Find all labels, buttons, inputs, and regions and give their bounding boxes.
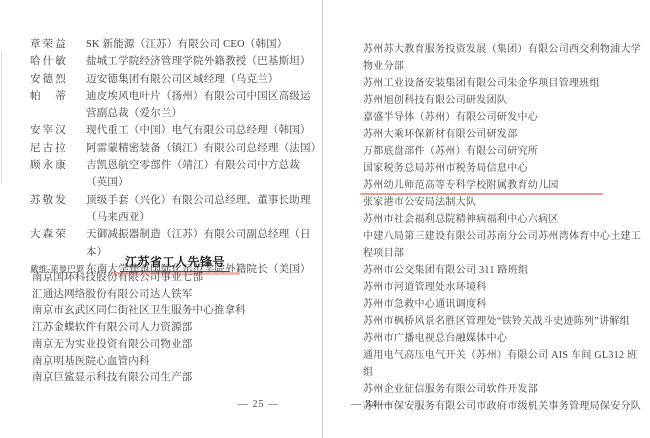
right-award-list: 苏州苏大教育服务投资发展（集团）有限公司西交利物浦大学物业分部苏州工业设备安装集… xyxy=(363,41,643,415)
award-list-item: 苏州企业征信服务有限公司软件开发部 xyxy=(363,381,643,398)
award-list-item: 南京国环科技股份有限公司事业七部 xyxy=(32,270,317,287)
foreign-experts-list: 章荣益SK 新能源（江苏）有限公司 CEO（韩国）哈什敏盐城工学院经济管理学院外… xyxy=(30,36,320,278)
scan-edge-artifact xyxy=(1,52,2,184)
award-list-item: 南京明基医院心血管内科 xyxy=(32,354,317,371)
expert-row: 帕蒂迪皮埃风电叶片（扬州）有限公司中国区高级运营副总裁（爱尔兰） xyxy=(30,88,320,123)
expert-name: 帕蒂 xyxy=(30,88,66,123)
expert-name: 安宰汉 xyxy=(30,122,66,139)
expert-row: 哈什敏盐城工学院经济管理学院外籍教授（巴基斯坦） xyxy=(30,53,320,70)
award-list-item: 南京无为实业投资有限公司物业部 xyxy=(32,337,317,354)
award-list-item: 苏州市枫桥风景名胜区管理处“铁铃关战斗史迹陈列”讲解组 xyxy=(363,313,643,330)
expert-organization: 迈安德集团有限公司区域经理（乌克兰） xyxy=(86,71,320,88)
page-number-right: — 34 — xyxy=(351,399,392,410)
award-list-item: 苏州市河道管理处水环境科 xyxy=(363,279,643,296)
expert-name: 尼古拉 xyxy=(30,140,66,157)
award-list-item: 通用电气高压电气开关（苏州）有限公司 AIS 车间 GL312 班组 xyxy=(363,347,643,381)
award-list-item: 苏州市广播电视总台融媒体中心 xyxy=(363,330,643,347)
award-list-item: 苏州大乘环保新材有限公司研发部 xyxy=(363,126,643,143)
award-list-item: 万都底盘部件（苏州）有限公司研究所 xyxy=(363,143,643,160)
award-list-item: 张家港市公安局法制大队 xyxy=(363,194,643,211)
award-list-item: 苏州市急救中心通讯调度科 xyxy=(363,296,643,313)
expert-name: 苏敬发 xyxy=(30,192,66,227)
award-list-item: 中建八局第三建设有限公司苏南分公司苏州湾体育中心土建工程项目部 xyxy=(363,228,643,262)
expert-row: 安宰汉现代重工（中国）电气有限公司总经理（韩国） xyxy=(30,122,320,139)
page-divider-line xyxy=(322,0,323,438)
expert-organization: 现代重工（中国）电气有限公司总经理（韩国） xyxy=(86,122,320,139)
expert-organization: SK 新能源（江苏）有限公司 CEO（韩国） xyxy=(86,36,320,53)
award-list-item: 嘉盛半导体（苏州）有限公司研发中心 xyxy=(363,109,643,126)
expert-row: 章荣益SK 新能源（江苏）有限公司 CEO（韩国） xyxy=(30,36,320,53)
expert-organization: 顶级手套（兴化）有限公司总经理、董事长助理（马来西亚） xyxy=(86,192,320,227)
expert-row: 尼古拉阿雷蒙精密装备（镇江）有限公司总经理（法国） xyxy=(30,140,320,157)
award-list-item: 苏州市社会福利总院精神病福利中心六病区 xyxy=(363,211,643,228)
award-list-item: 国家税务总局苏州市税务局信息中心 xyxy=(363,160,643,177)
expert-row: 顾永康吉凯恩航空零部件（靖江）有限公司中方总裁（英国） xyxy=(30,157,320,192)
expert-name: 哈什敏 xyxy=(30,53,66,70)
award-list-item: 南京市玄武区同仁街社区卫生服务中心推拿科 xyxy=(32,303,317,320)
expert-name: 顾永康 xyxy=(30,157,66,192)
expert-row: 安德烈迈安德集团有限公司区域经理（乌克兰） xyxy=(30,71,320,88)
expert-name: 安德烈 xyxy=(30,71,66,88)
award-list-item: 江苏金蝶软件有限公司人力资源部 xyxy=(32,320,317,337)
expert-organization: 盐城工学院经济管理学院外籍教授（巴基斯坦） xyxy=(86,53,320,70)
scanned-document: 章荣益SK 新能源（江苏）有限公司 CEO（韩国）哈什敏盐城工学院经济管理学院外… xyxy=(0,0,650,438)
expert-name: 章荣益 xyxy=(30,36,66,53)
page-number-left: — 25 — xyxy=(238,399,279,410)
award-list-item: 苏州市保安服务有限公司市政府市级机关事务管理局保安分队 xyxy=(363,398,643,415)
expert-row: 苏敬发顶级手套（兴化）有限公司总经理、董事长助理（马来西亚） xyxy=(30,192,320,227)
award-list-item: 苏州苏大教育服务投资发展（集团）有限公司西交利物浦大学物业分部 xyxy=(363,41,643,75)
award-list-item: 苏州市公交集团有限公司 311 路班组 xyxy=(363,262,643,279)
award-list-item: 汇通达网络股份有限公司达人铁军 xyxy=(32,287,317,304)
award-list-item: 苏州工业设备安装集团有限公司朱金华项目管理班组 xyxy=(363,75,643,92)
expert-organization: 迪皮埃风电叶片（扬州）有限公司中国区高级运营副总裁（爱尔兰） xyxy=(86,88,320,123)
expert-organization: 吉凯恩航空零部件（靖江）有限公司中方总裁（英国） xyxy=(86,157,320,192)
expert-organization: 阿雷蒙精密装备（镇江）有限公司总经理（法国） xyxy=(86,140,320,157)
award-list-item: 南京巨鲨显示科技有限公司生产部 xyxy=(32,370,317,387)
award-list-item-highlighted: 苏州幼儿师范高等专科学校附属教育幼儿园 xyxy=(363,177,643,194)
left-award-list: 南京国环科技股份有限公司事业七部汇通达网络股份有限公司达人铁军南京市玄武区同仁街… xyxy=(32,270,317,387)
award-list-item: 苏州旭创科技有限公司研发团队 xyxy=(363,92,643,109)
